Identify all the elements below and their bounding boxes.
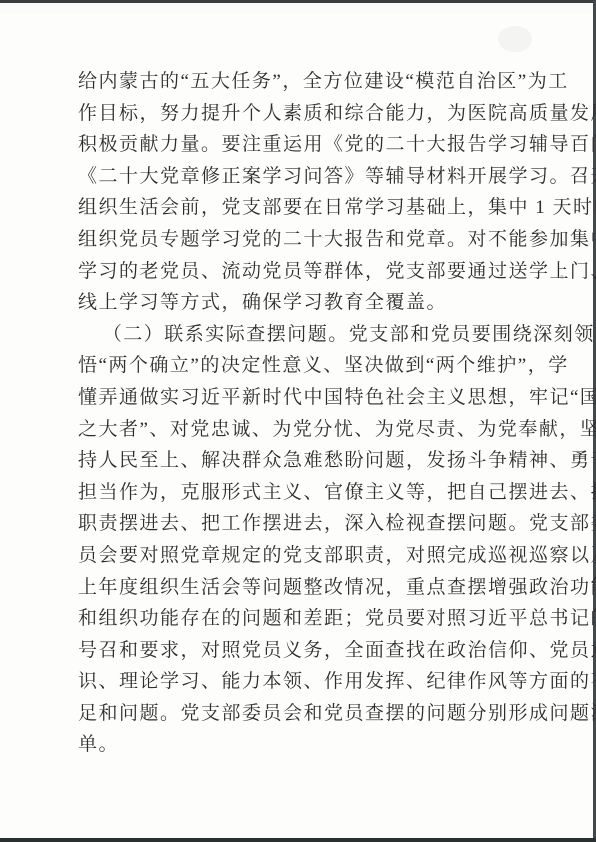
text-line: （二）联系实际查摆问题。党支部和党员要围绕深刻领 <box>78 319 521 351</box>
text-line: 员会要对照党章规定的党支部职责，对照完成巡视巡察以及 <box>78 540 521 572</box>
text-line: 号召和要求，对照党员义务，全面查找在政治信仰、党员意 <box>78 635 521 667</box>
scan-edge-bottom <box>0 838 596 842</box>
text-line: 职责摆进去、把工作摆进去，深入检视查摆问题。党支部委 <box>78 508 521 540</box>
text-line: 单。 <box>78 729 521 761</box>
text-line: 和组织功能存在的问题和差距；党员要对照习近平总书记的 <box>78 603 521 635</box>
text-line: 懂弄通做实习近平新时代中国特色社会主义思想，牢记“国 <box>78 382 521 414</box>
text-line: 足和问题。党支部委员会和党员查摆的问题分别形成问题清 <box>78 698 521 730</box>
scanned-document-page: 给内蒙古的“五大任务”，全方位建设“模范自治区”为工 作目标，努力提升个人素质和… <box>0 0 596 842</box>
text-line: 《二十大党章修正案学习问答》等辅导材料开展学习。召开 <box>78 161 521 193</box>
text-line: 给内蒙古的“五大任务”，全方位建设“模范自治区”为工 <box>78 66 521 98</box>
text-line: 悟“两个确立”的决定性意义、坚决做到“两个维护”，学 <box>78 350 521 382</box>
text-line: 学习的老党员、流动党员等群体，党支部要通过送学上门、 <box>78 256 521 288</box>
text-line: 组织生活会前，党支部要在日常学习基础上，集中 1 天时间， <box>78 192 521 224</box>
document-body: 给内蒙古的“五大任务”，全方位建设“模范自治区”为工 作目标，努力提升个人素质和… <box>78 66 521 761</box>
text-line: 线上学习等方式，确保学习教育全覆盖。 <box>78 287 521 319</box>
text-line: 之大者”、对党忠诚、为党分忧、为党尽责、为党奉献，坚 <box>78 414 521 446</box>
text-line: 持人民至上、解决群众急难愁盼问题，发扬斗争精神、勇于 <box>78 445 521 477</box>
scan-smudge <box>498 26 532 52</box>
text-line: 积极贡献力量。要注重运用《党的二十大报告学习辅导百问》 <box>78 129 521 161</box>
scan-edge-top-shade <box>0 3 596 13</box>
text-line: 上年度组织生活会等问题整改情况，重点查摆增强政治功能 <box>78 572 521 604</box>
text-line: 组织党员专题学习党的二十大报告和党章。对不能参加集中 <box>78 224 521 256</box>
text-line: 作目标，努力提升个人素质和综合能力，为医院高质量发展 <box>78 98 521 130</box>
text-line: 担当作为，克服形式主义、官僚主义等，把自己摆进去、把 <box>78 477 521 509</box>
text-line: 识、理论学习、能力本领、作用发挥、纪律作风等方面的不 <box>78 666 521 698</box>
